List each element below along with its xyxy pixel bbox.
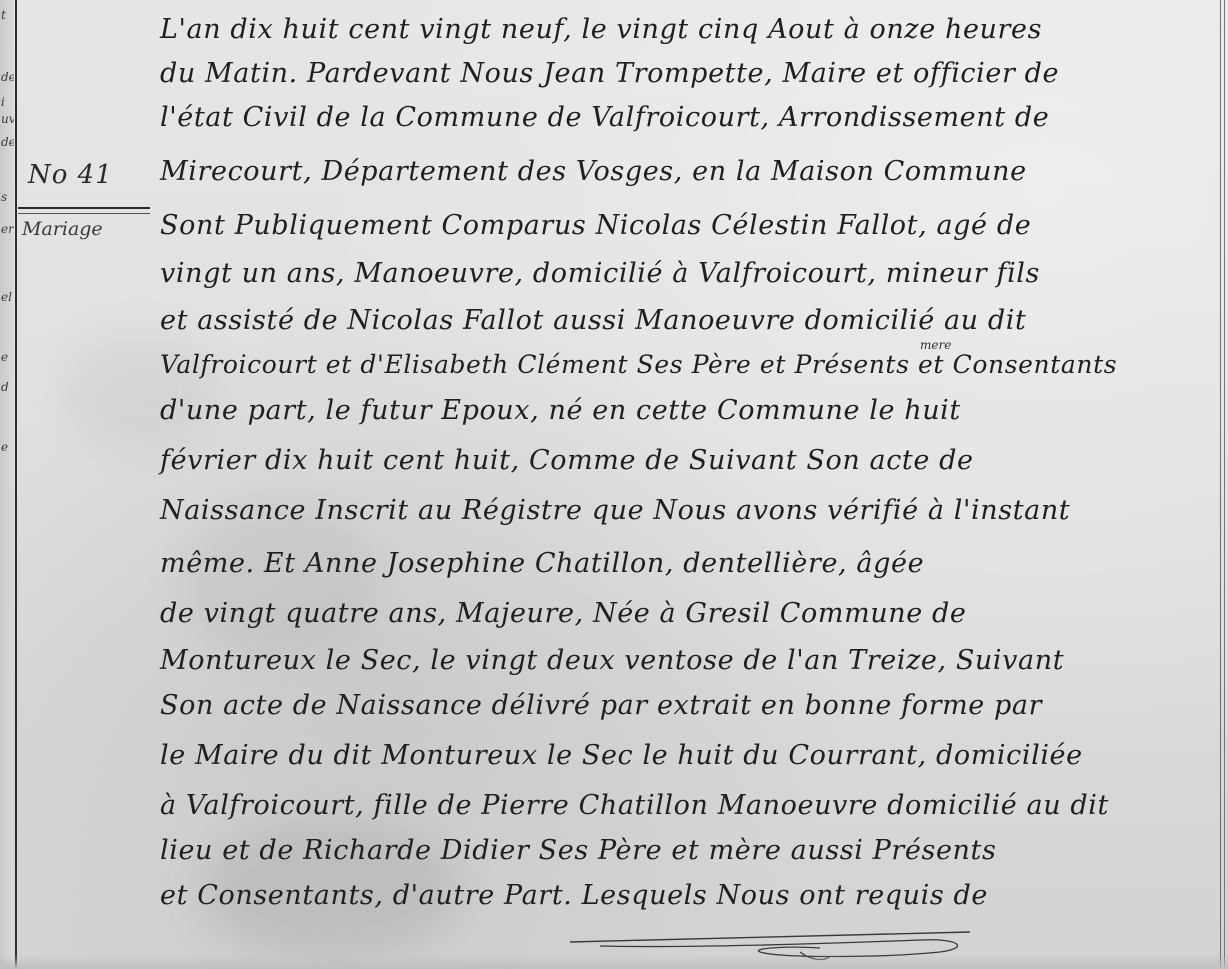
prev-page-fragment: e	[1, 350, 8, 364]
text-line: même. Et Anne Josephine Chatillon, dente…	[160, 548, 924, 579]
text-line: Son acte de Naissance délivré par extrai…	[160, 690, 1042, 721]
prev-page-fragment: d	[1, 380, 9, 394]
prev-page-fragment: er	[1, 222, 14, 236]
text-line: de vingt quatre ans, Majeure, Née à Gres…	[160, 598, 967, 629]
page-edge-rule	[1224, 0, 1225, 969]
text-line: février dix huit cent huit, Comme de Sui…	[160, 445, 974, 476]
prev-page-fragment: el	[1, 290, 12, 304]
prev-page-fragment: t	[1, 8, 6, 22]
page-edge-rule	[1220, 0, 1221, 969]
page-bottom-edge	[0, 955, 1228, 969]
record-number: No 41	[28, 160, 113, 190]
prev-page-fragment: i	[1, 95, 5, 109]
prev-page-fragment: uva	[1, 112, 14, 126]
interlinear-insertion: mere	[920, 338, 951, 352]
record-type-label: Mariage	[22, 218, 103, 240]
text-line: et assisté de Nicolas Fallot aussi Manoe…	[160, 305, 1026, 336]
text-line: le Maire du dit Montureux le Sec le huit…	[160, 740, 1083, 771]
text-line: Valfroicourt et d'Elisabeth Clément Ses …	[160, 350, 1117, 379]
text-line: à Valfroicourt, fille de Pierre Chatillo…	[160, 790, 1109, 821]
register-page: t de- i uva de s er el e d e No 41 Maria…	[0, 0, 1228, 969]
prev-page-fragment: s	[1, 190, 7, 204]
text-line: et Consentants, d'autre Part. Lesquels N…	[160, 880, 988, 911]
prev-page-fragment: de-	[1, 70, 14, 84]
margin-rule	[15, 0, 17, 969]
prev-page-fragment: e	[1, 440, 8, 454]
text-line: Montureux le Sec, le vingt deux ventose …	[160, 645, 1064, 676]
text-line: l'état Civil de la Commune de Valfroicou…	[160, 102, 1049, 133]
stain	[60, 330, 220, 450]
prev-page-fragment: de	[1, 135, 14, 149]
previous-page-edge: t de- i uva de s er el e d e	[0, 0, 14, 969]
record-number-underline	[18, 207, 150, 214]
text-line: d'une part, le futur Epoux, né en cette …	[160, 395, 961, 426]
text-line: lieu et de Richarde Didier Ses Père et m…	[160, 835, 996, 866]
text-line: du Matin. Pardevant Nous Jean Trompette,…	[160, 58, 1059, 89]
text-line: L'an dix huit cent vingt neuf, le vingt …	[160, 14, 1042, 45]
text-line: Mirecourt, Département des Vosges, en la…	[160, 156, 1027, 187]
text-line: Sont Publiquement Comparus Nicolas Céles…	[160, 210, 1031, 241]
text-line: Naissance Inscrit au Régistre que Nous a…	[160, 495, 1070, 526]
text-line: vingt un ans, Manoeuvre, domicilié à Val…	[160, 258, 1040, 289]
